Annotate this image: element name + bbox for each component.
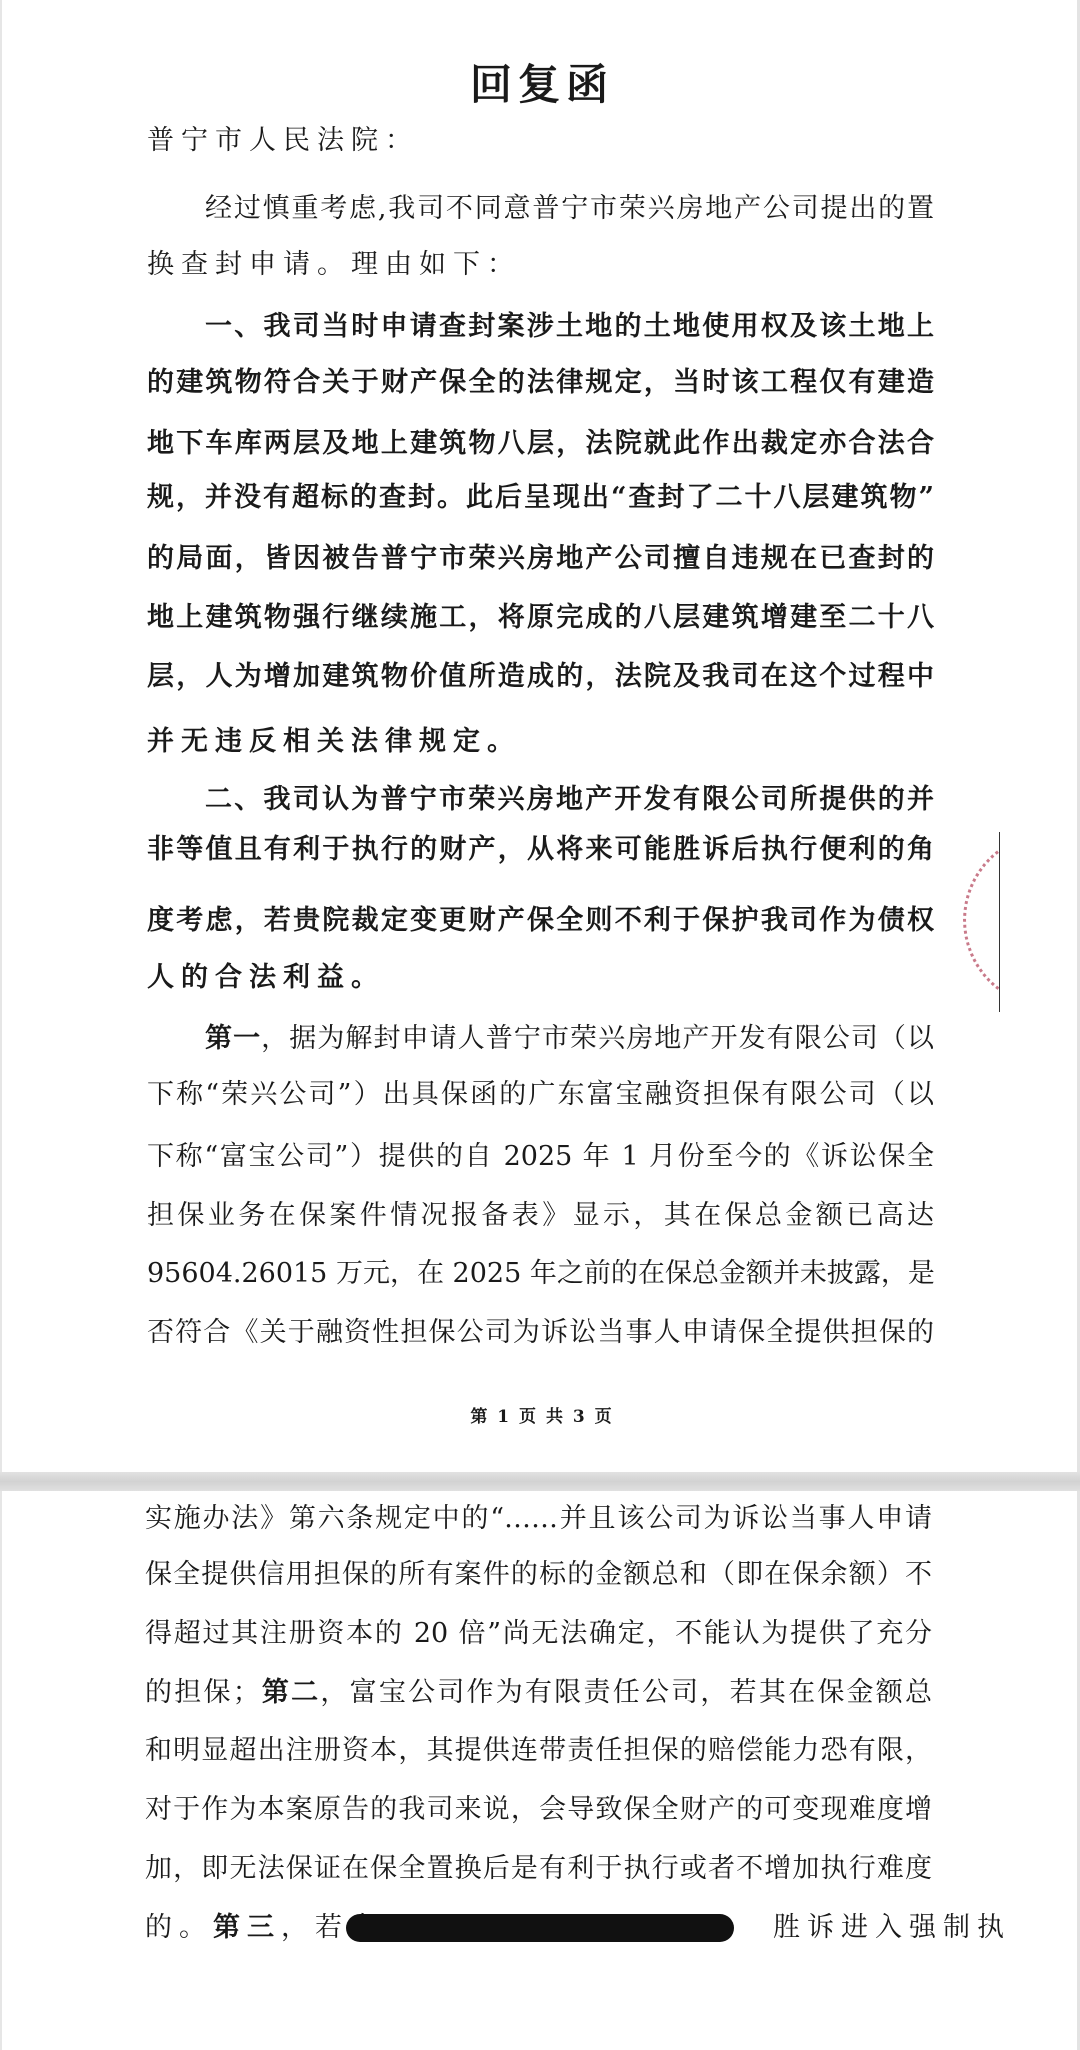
redaction-bar (346, 1914, 734, 1942)
bold-lead: 第一 (205, 1023, 261, 1054)
text-span: ，富宝公司作为有限责任公司，若其在保金额总 (320, 1677, 932, 1708)
text-line: 地上建筑物强行继续施工，将原完成的八层建筑增建至二十八 (147, 598, 934, 638)
text-line: 层，人为增加建筑物价值所造成的，法院及我司在这个过程中 (147, 657, 934, 697)
text-line: 保全提供信用担保的所有案件的标的金额总和（即在保余额）不 (145, 1555, 932, 1595)
text-line: 对于作为本案原告的我司来说，会导致保全财产的可变现难度增 (145, 1790, 932, 1830)
text-line: 经过慎重考虑,我司不同意普宁市荣兴房地产公司提出的置 (205, 189, 934, 229)
text-line: 并无违反相关法律规定。 (147, 722, 934, 762)
text-line: 度考虑，若贵院裁定变更财产保全则不利于保护我司作为债权 (147, 901, 934, 941)
text-line: 下称“荣兴公司”）出具保函的广东富宝融资担保有限公司（以 (147, 1075, 934, 1115)
text-line-second: 的担保；第二，富宝公司作为有限责任公司，若其在保金额总 (145, 1673, 932, 1713)
text-line: 的建筑物符合关于财产保全的法律规定，当时该工程仅有建造 (147, 363, 934, 403)
document-title: 回复函 (2, 57, 1080, 113)
text-line: 非等值且有利于执行的财产，从将来可能胜诉后执行便利的角 (147, 830, 934, 870)
text-line: 否符合《关于融资性担保公司为诉讼当事人申请保全提供担保的 (147, 1313, 934, 1353)
text-line: 和明显超出注册资本，其提供连带责任担保的赔偿能力恐有限， (145, 1731, 932, 1771)
text-span: 的担保； (145, 1677, 260, 1708)
text-line: 一、我司当时申请查封案涉土地的土地使用权及该土地上 (205, 307, 934, 347)
salutation: 普宁市人民法院： (147, 121, 934, 161)
text-span: ，据为解封申请人普宁市荣兴房地产开发有限公司（以 (261, 1023, 934, 1054)
bold-lead: 第二 (260, 1677, 321, 1708)
page-separator (0, 1472, 1080, 1491)
text-span: 胜诉进入强制执 (773, 1912, 1011, 1943)
bold-lead: 第三 (213, 1912, 281, 1943)
text-line: 二、我司认为普宁市荣兴房地产开发有限公司所提供的并 (205, 780, 934, 820)
text-line: 换查封申请。理由如下： (147, 245, 934, 285)
text-line: 规，并没有超标的查封。此后呈现出“查封了二十八层建筑物” (147, 478, 934, 518)
text-line: 人的合法利益。 (147, 958, 934, 998)
text-line: 得超过其注册资本的 20 倍”尚无法确定，不能认为提供了充分 (145, 1614, 932, 1654)
text-line: 的局面，皆因被告普宁市荣兴房地产公司擅自违规在已查封的 (147, 539, 934, 579)
document-page-1: 回复函 普宁市人民法院： 经过慎重考虑,我司不同意普宁市荣兴房地产公司提出的置 … (0, 0, 1080, 1472)
page-footer: 第 1 页 共 3 页 (2, 1402, 1080, 1427)
text-line: 加，即无法保证在保全置换后是有利于执行或者不增加执行难度 (145, 1849, 932, 1889)
text-line: 担保业务在保案件情况报备表》显示，其在保总金额已高达 (147, 1196, 934, 1236)
seal-circle (963, 832, 1000, 1008)
text-line: 95604.26015 万元，在 2025 年之前的在保总金额并未披露，是 (147, 1254, 934, 1294)
text-line: 实施办法》第六条规定中的“……并且该公司为诉讼当事人申请 (145, 1499, 932, 1539)
seal-stamp-icon (963, 832, 1000, 1008)
text-line: 下称“富宝公司”）提供的自 2025 年 1 月份至今的《诉讼保全 (147, 1137, 934, 1177)
text-line: 地下车库两层及地上建筑物八层，法院就此作出裁定亦合法合 (147, 424, 934, 464)
text-line-first: 第一，据为解封申请人普宁市荣兴房地产开发有限公司（以 (205, 1019, 934, 1059)
text-span: 的。 (145, 1912, 213, 1943)
page-edge-line (999, 832, 1000, 1012)
